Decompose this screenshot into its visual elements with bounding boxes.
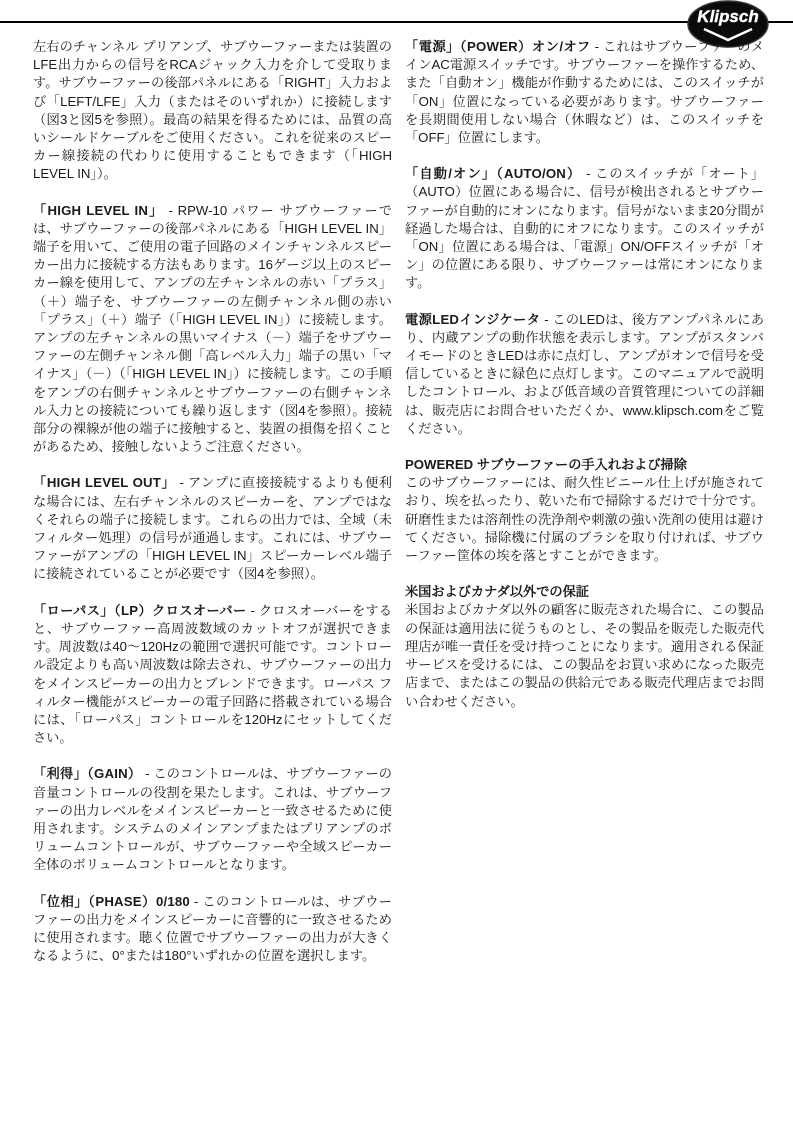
paragraph-power-on-off: 「電源」（POWER）オン/オフ - これはサブウーファーのメインAC電源スイッ… <box>405 38 764 147</box>
paragraph-body: - アンプに直接接続するよりも便利な場合には、左右チャンネルのスピーカーを、アン… <box>33 475 392 581</box>
paragraph-body: - このスイッチが「オート」（AUTO）位置にある場合に、信号が検出されるとサブ… <box>405 166 764 290</box>
header-rule <box>0 21 793 23</box>
paragraph-body: 左右のチャンネル プリアンプ、サブウーファーまたは装置のLFE出力からの信号をR… <box>33 39 392 181</box>
text-columns: 左右のチャンネル プリアンプ、サブウーファーまたは装置のLFE出力からの信号をR… <box>33 38 765 965</box>
klipsch-brand-text: Klipsch <box>697 7 758 26</box>
paragraph-lead: 「電源」（POWER）オン/オフ <box>405 39 591 54</box>
paragraph-body: - これはサブウーファーのメインAC電源スイッチです。サブウーファーを操作するた… <box>405 39 764 145</box>
section-heading-warranty: 米国およびカナダ以外での保証 <box>405 583 764 601</box>
paragraph-care-cleaning: このサブウーファーには、耐久性ビニール仕上げが施されており、埃を払ったり、乾いた… <box>405 474 764 565</box>
paragraph-high-level-in: 「HIGH LEVEL IN」 - RPW-10 パワー サブウーファーでは、サ… <box>33 202 392 457</box>
manual-page: Klipsch 左右のチャンネル プリアンプ、サブウーファーまたは装置のLFE出… <box>0 0 793 1122</box>
paragraph-phase: 「位相」（PHASE）0/180 - このコントロールは、サブウーファーの出力を… <box>33 893 392 966</box>
section-heading-care-cleaning: POWERED サブウーファーの手入れおよび掃除 <box>405 456 764 474</box>
paragraph-lead: 電源LEDインジケータ <box>405 312 540 327</box>
paragraph-auto-on: 「自動/オン」（AUTO/ON） - このスイッチが「オート」（AUTO）位置に… <box>405 165 764 292</box>
paragraph-body: 米国およびカナダ以外の顧客に販売された場合に、この製品の保証は適用法に従うものと… <box>405 602 764 708</box>
paragraph-lead: 「自動/オン」（AUTO/ON） <box>405 166 581 181</box>
paragraph-body: - クロスオーバーをすると、サブウーファー高周波数域のカットオフが選択できます。… <box>33 603 392 745</box>
paragraph-lowpass-crossover: 「ローパス」（LP）クロスオーバー - クロスオーバーをすると、サブウーファー高… <box>33 602 392 748</box>
paragraph-lead: 「HIGH LEVEL OUT」 <box>33 475 175 490</box>
paragraph-body: - このコントロールは、サブウーファーの音量コントロールの役割を果たします。これ… <box>33 766 392 872</box>
right-column: 「電源」（POWER）オン/オフ - これはサブウーファーのメインAC電源スイッ… <box>405 38 764 965</box>
paragraph-high-level-out: 「HIGH LEVEL OUT」 - アンプに直接接続するよりも便利な場合には、… <box>33 474 392 583</box>
paragraph-rca-input: 左右のチャンネル プリアンプ、サブウーファーまたは装置のLFE出力からの信号をR… <box>33 38 392 184</box>
paragraph-lead: 「利得」（GAIN） <box>33 766 141 781</box>
paragraph-lead: 「位相」（PHASE）0/180 <box>33 894 190 909</box>
paragraph-body: - RPW-10 パワー サブウーファーでは、サブウーファーの後部パネルにある「… <box>33 203 392 455</box>
paragraph-body: このサブウーファーには、耐久性ビニール仕上げが施されており、埃を払ったり、乾いた… <box>405 475 764 563</box>
paragraph-lead: 「ローパス」（LP）クロスオーバー <box>33 603 247 618</box>
paragraph-warranty: 米国およびカナダ以外の顧客に販売された場合に、この製品の保証は適用法に従うものと… <box>405 601 764 710</box>
paragraph-power-led: 電源LEDインジケータ - このLEDは、後方アンプパネルにあり、内蔵アンプの動… <box>405 311 764 438</box>
paragraph-gain: 「利得」（GAIN） - このコントロールは、サブウーファーの音量コントロールの… <box>33 765 392 874</box>
paragraph-lead: 「HIGH LEVEL IN」 <box>33 203 164 218</box>
paragraph-body: - このLEDは、後方アンプパネルにあり、内蔵アンプの動作状態を表示します。アン… <box>405 312 764 436</box>
left-column: 左右のチャンネル プリアンプ、サブウーファーまたは装置のLFE出力からの信号をR… <box>33 38 392 965</box>
